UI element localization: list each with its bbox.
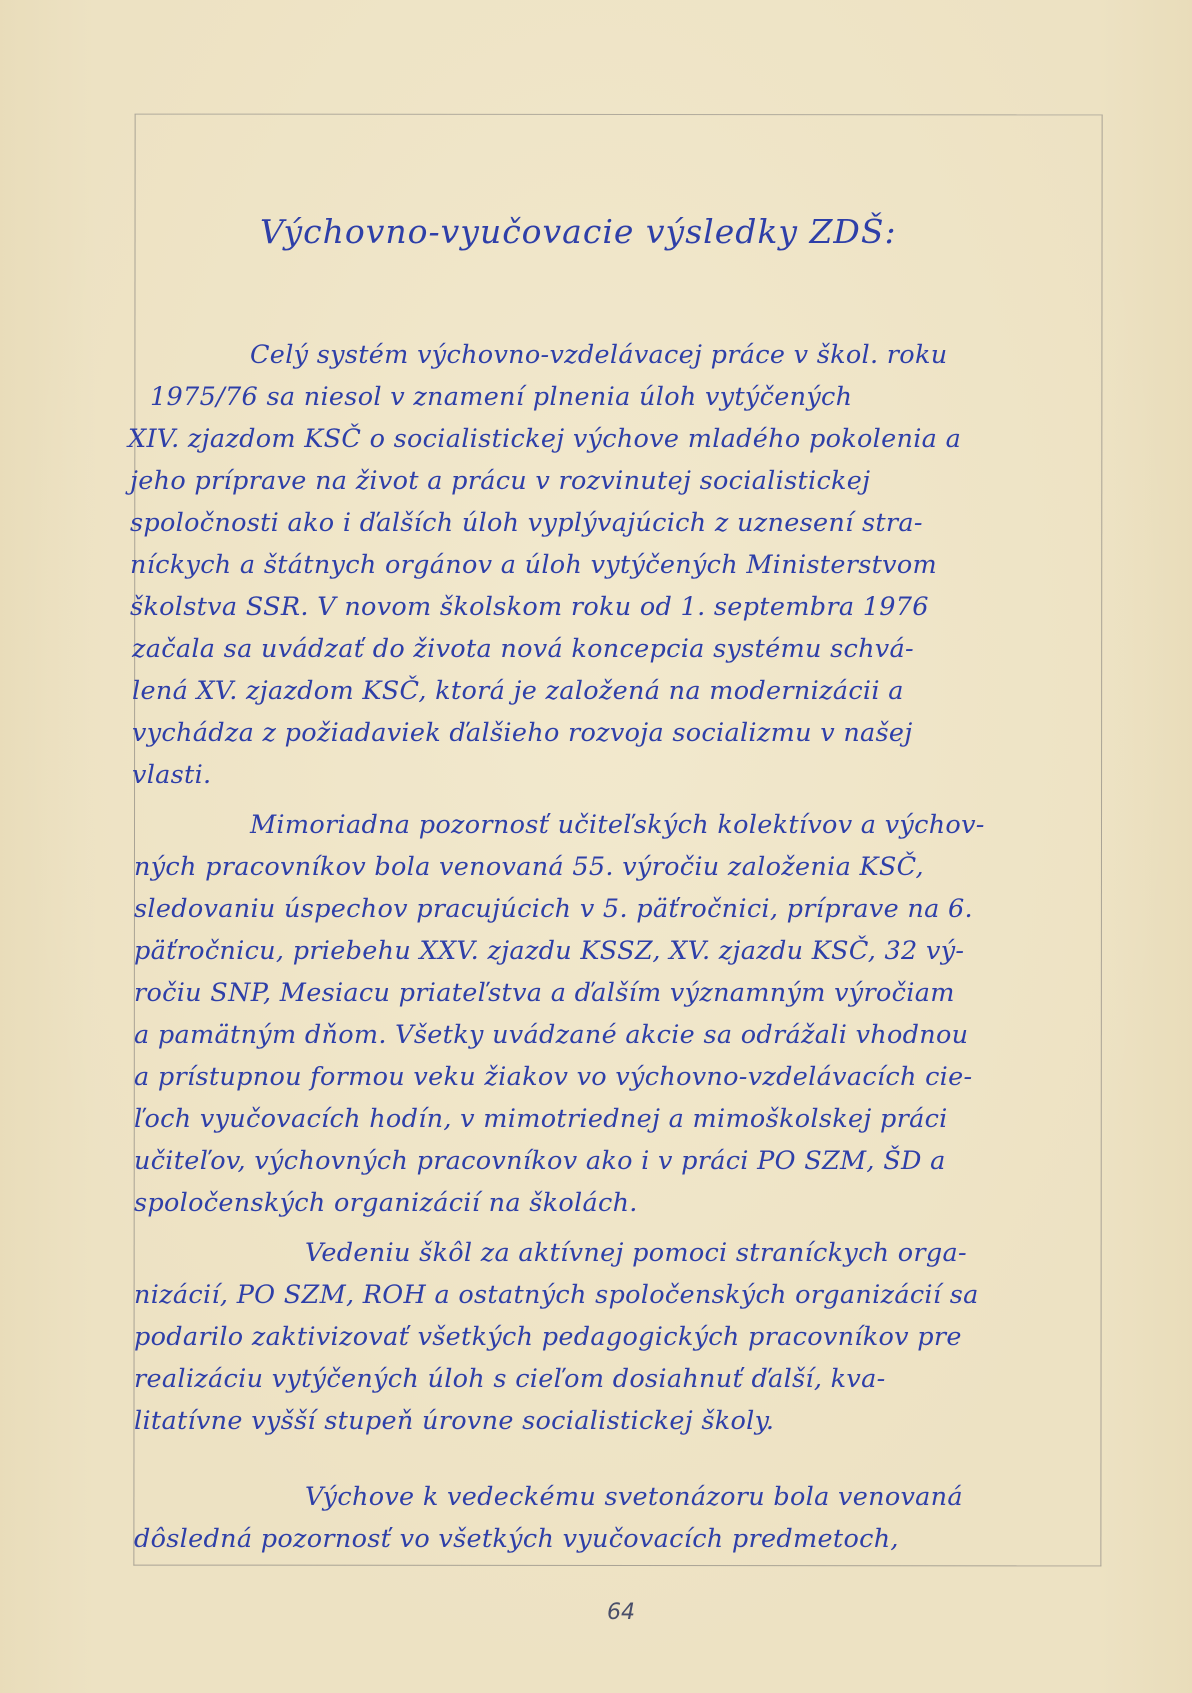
text-line: níckych a štátnych orgánov a úloh vytýče… [130, 550, 937, 580]
text-line: Mimoriadna pozornosť učiteľských kolektí… [250, 810, 985, 840]
text-line: jeho príprave na život a prácu v rozvinu… [130, 466, 870, 496]
text-line: dôsledná pozornosť vo všetkých vyučovací… [134, 1524, 899, 1554]
text-line: ných pracovníkov bola venovaná 55. výroč… [134, 852, 924, 882]
text-line: sledovaniu úspechov pracujúcich v 5. päť… [134, 894, 973, 924]
text-line: litatívne vyšší stupeň úrovne socialisti… [134, 1406, 774, 1436]
text-line: Výchove k vedeckému svetonázoru bola ven… [305, 1482, 963, 1512]
text-line: päťročnicu, priebehu XXV. zjazdu KSSZ, X… [134, 936, 964, 966]
text-line: Vedeniu škôl za aktívnej pomoci straníck… [305, 1238, 967, 1268]
text-line: vychádza z požiadaviek ďalšieho rozvoja … [132, 718, 913, 748]
text-line: ročiu SNP, Mesiacu priateľstva a ďalším … [134, 978, 955, 1008]
text-line: učiteľov, výchovných pracovníkov ako i v… [134, 1146, 946, 1176]
text-line: vlasti. [132, 760, 211, 790]
text-line: spoločenských organizácií na školách. [134, 1188, 638, 1218]
text-line: realizáciu vytýčených úloh s cieľom dosi… [134, 1364, 886, 1394]
text-line: spoločnosti ako i ďalších úloh vyplývajú… [130, 508, 923, 538]
text-line: školstva SSR. V novom školskom roku od 1… [130, 592, 929, 622]
document-title: Výchovno-vyučovacie výsledky ZDŠ: [260, 212, 897, 251]
text-line: a pamätným dňom. Všetky uvádzané akcie s… [134, 1020, 968, 1050]
text-line: Celý systém výchovno-vzdelávacej práce v… [250, 340, 947, 370]
text-line: ľoch vyučovacích hodín, v mimotriednej a… [134, 1104, 948, 1134]
text-line: podarilo zaktivizovať všetkých pedagogic… [134, 1322, 962, 1352]
text-line: 1975/76 sa niesol v znamení plnenia úloh… [150, 382, 852, 412]
page-number: 64 [607, 1600, 635, 1625]
text-line: lená XV. zjazdom KSČ, ktorá je založená … [132, 676, 904, 706]
text-line: XIV. zjazdom KSČ o socialistickej výchov… [128, 424, 961, 454]
text-line: začala sa uvádzať do života nová koncepc… [132, 634, 914, 664]
text-line: a prístupnou formou veku žiakov vo výcho… [134, 1062, 972, 1092]
text-line: nizácií, PO SZM, ROH a ostatných spoloče… [134, 1280, 979, 1310]
